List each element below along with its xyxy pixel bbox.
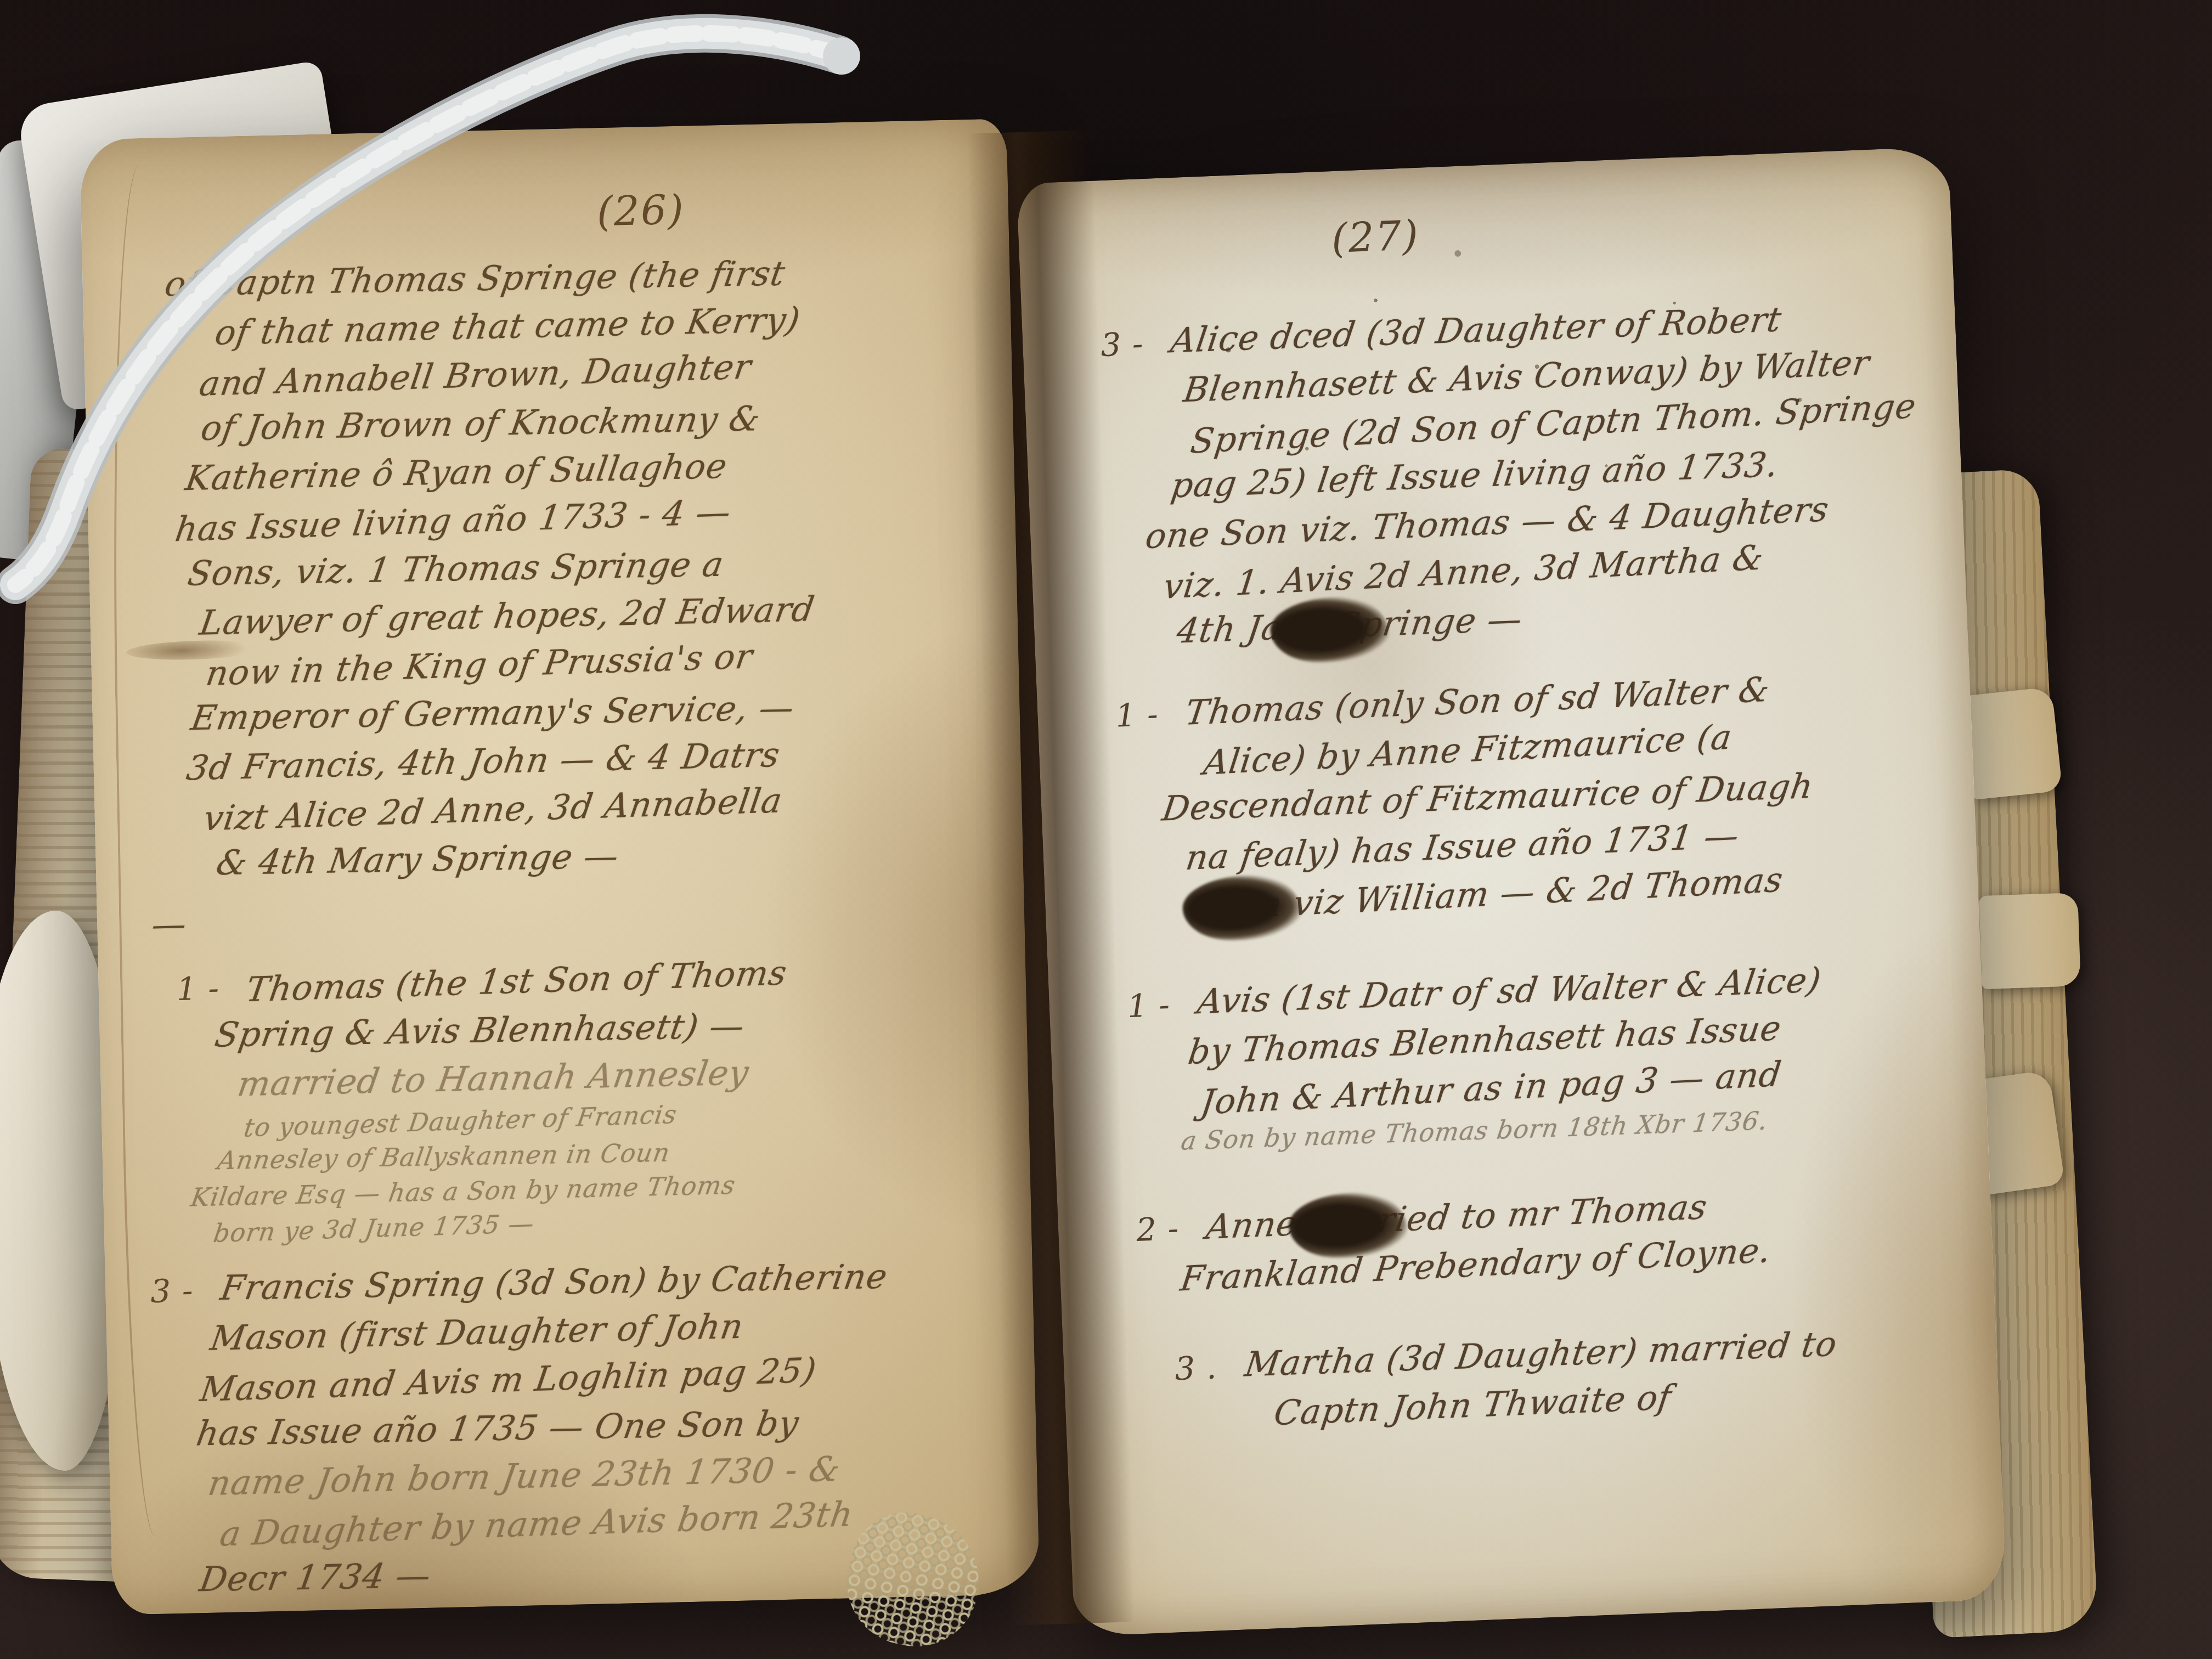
entry-number-marker: 1 -: [1115, 690, 1159, 740]
entry-number-marker: 1 -: [1126, 980, 1171, 1030]
left-page-text: of Captn Thomas Springe (the firstof tha…: [165, 243, 1007, 1604]
entry-number-marker: 3 -: [150, 1266, 194, 1316]
tattered-leaf-tab: [1979, 893, 2081, 989]
tattered-leaf-tab: [1962, 687, 2063, 800]
entry-number-marker: 1 -: [176, 964, 220, 1013]
entry-number-marker: 3 -: [1100, 319, 1144, 369]
handwritten-text: & 4th Mary Springe —: [213, 832, 623, 887]
entry-number-marker: 3 .: [1174, 1343, 1218, 1393]
manuscript-line: —: [151, 882, 992, 949]
page-number-left: (26): [596, 180, 976, 236]
page-number-right: (27): [1330, 191, 1925, 262]
handwritten-text: Decr 1734 —: [196, 1551, 435, 1604]
left-page: (26) of Captn Thomas Springe (the firsto…: [80, 119, 1040, 1615]
entry-number-marker: 2 -: [1135, 1204, 1180, 1254]
ink-blot: [1182, 873, 1302, 943]
handwritten-text: —: [148, 900, 190, 949]
right-page-text: 3 -Alice dced (3d Daughter of RobertBlen…: [1137, 288, 1972, 1441]
right-page: (27) 3 -Alice dced (3d Daughter of Rober…: [1017, 146, 2007, 1637]
